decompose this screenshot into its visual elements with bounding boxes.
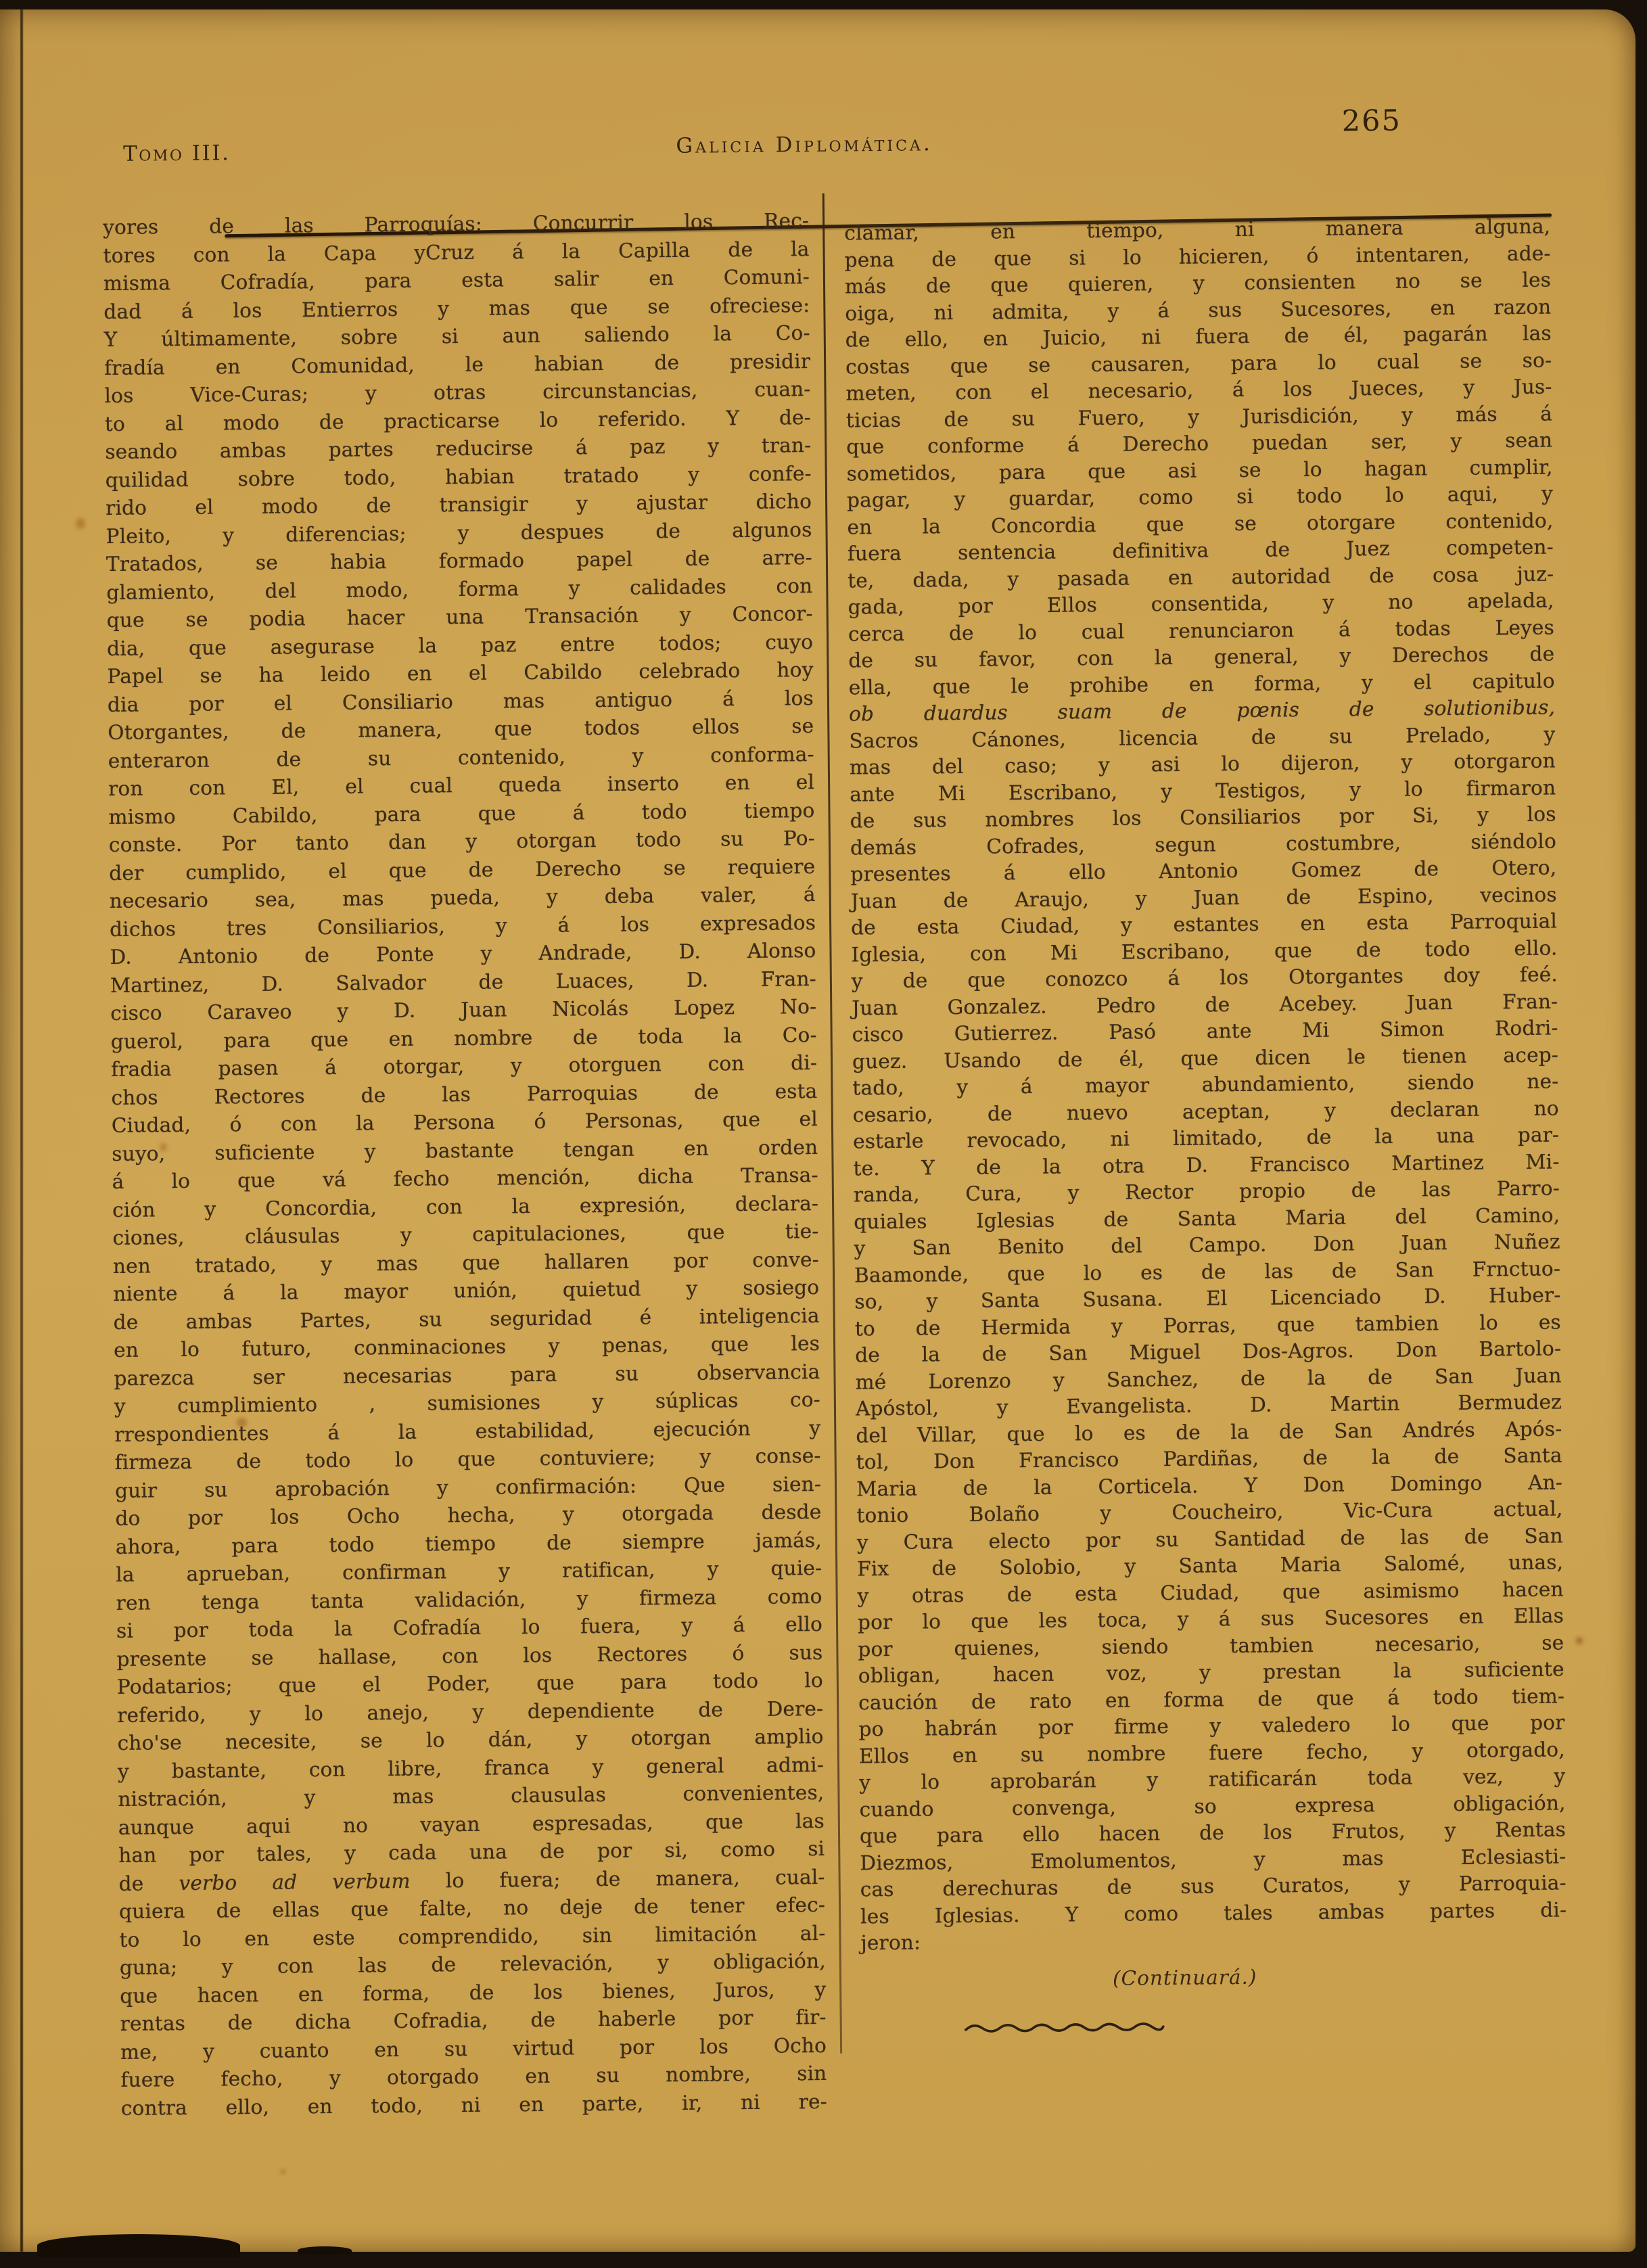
right-column: clamar, en tiempo, ni manera alguna,pena… — [844, 214, 1567, 1957]
page-number: 265 — [1342, 104, 1402, 139]
wavy-divider — [963, 2020, 1166, 2035]
page-corner-shadow — [298, 2246, 352, 2254]
column-divider — [822, 193, 842, 2054]
scanned-page: Tomo III. Galicia Diplomática. 265 yores… — [0, 0, 1647, 2268]
volume-label: Tomo III. — [123, 141, 231, 166]
continuation-note: (Continuará.) — [1113, 1966, 1257, 1990]
page-content: Tomo III. Galicia Diplomática. 265 yores… — [0, 1, 1647, 2259]
journal-title: Galicia Diplomática. — [581, 131, 1027, 159]
paper: Tomo III. Galicia Diplomática. 265 yores… — [0, 9, 1636, 2252]
left-column: yores de las Parroquías: Concurrir los R… — [103, 207, 827, 2123]
page-corner-shadow — [37, 2234, 240, 2257]
